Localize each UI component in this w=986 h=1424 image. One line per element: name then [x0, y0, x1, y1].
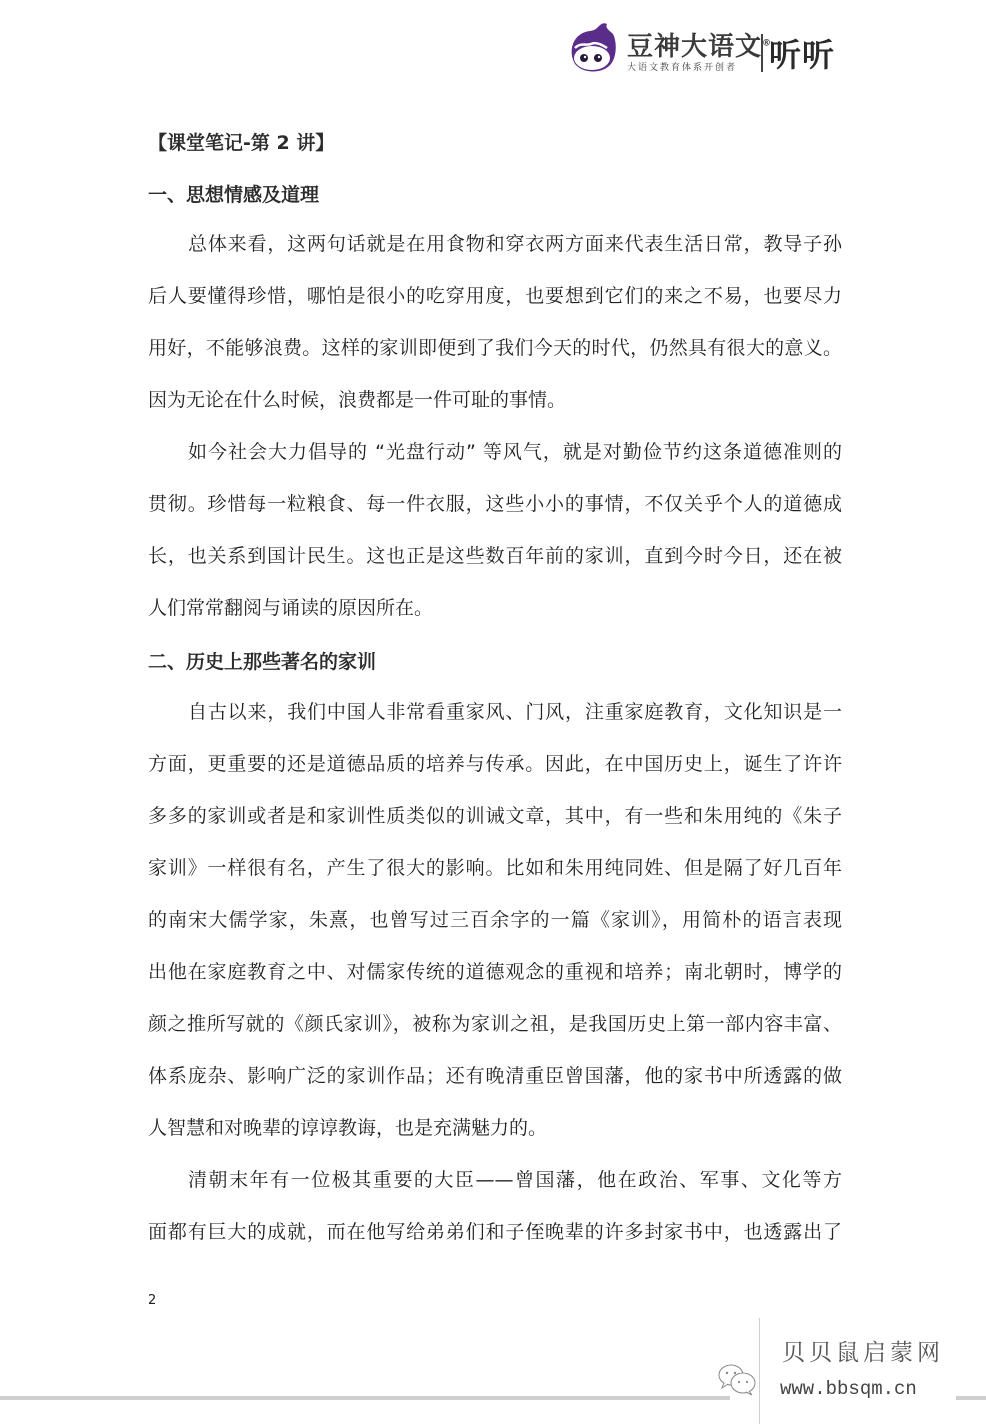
- paragraph-line: 用好，不能够浪费。这样的家训即便到了我们今天的时代，仍然具有很大的意义。: [148, 322, 842, 374]
- paragraph-line: 如今社会大力倡导的 “光盘行动” 等风气，就是对勤俭节约这条道德准则的: [148, 426, 842, 478]
- brand-tagline: 大语文教育体系开创者: [627, 60, 737, 73]
- doushen-logo-icon: [567, 20, 617, 74]
- paragraph-line: 面都有巨大的成就，而在他写给弟弟们和子侄晚辈的许多封家书中，也透露出了: [148, 1206, 842, 1258]
- section-heading-2: 二、历史上那些著名的家训: [148, 647, 376, 674]
- sub-brand: 听听: [769, 30, 835, 76]
- paragraph-line: 总体来看，这两句话就是在用食物和穿衣两方面来代表生活日常，教导子孙: [148, 218, 842, 270]
- paragraph-line: 因为无论在什么时候，浪费都是一件可耻的事情。: [148, 374, 842, 426]
- page-title: 【课堂笔记-第 2 讲】: [148, 128, 334, 155]
- paragraph-1: 总体来看，这两句话就是在用食物和穿衣两方面来代表生活日常，教导子孙 后人要懂得珍…: [148, 218, 842, 426]
- brand-divider: [761, 34, 763, 72]
- paragraph-line: 清朝末年有一位极其重要的大臣——曾国藩，他在政治、军事、文化等方: [148, 1154, 842, 1206]
- paragraph-3: 自古以来，我们中国人非常看重家风、门风，注重家庭教育，文化知识是一 方面，更重要…: [148, 686, 842, 1154]
- wechat-icon: [716, 1362, 758, 1398]
- brand-header: 豆神大语文® 大语文教育体系开创者 听听: [563, 18, 863, 80]
- paragraph-line: 自古以来，我们中国人非常看重家风、门风，注重家庭教育，文化知识是一: [148, 686, 842, 738]
- paragraph-line: 的南宋大儒学家，朱熹，也曾写过三百余字的一篇《家训》，用简朴的语言表现: [148, 894, 842, 946]
- paragraph-line: 方面，更重要的还是道德品质的培养与传承。因此，在中国历史上，诞生了许许: [148, 738, 842, 790]
- paragraph-line: 多多的家训或者是和家训性质类似的训诫文章，其中，有一些和朱用纯的《朱子: [148, 790, 842, 842]
- paragraph-4: 清朝末年有一位极其重要的大臣——曾国藩，他在政治、军事、文化等方 面都有巨大的成…: [148, 1154, 842, 1258]
- watermark-panel: 贝贝鼠启蒙网 www.bbsqm.cn: [759, 1318, 956, 1424]
- paragraph-line: 出他在家庭教育之中、对儒家传统的道德观念的重视和培养；南北朝时，博学的: [148, 946, 842, 998]
- watermark-url: www.bbsqm.cn: [780, 1378, 917, 1400]
- paragraph-line: 后人要懂得珍惜，哪怕是很小的吃穿用度，也要想到它们的来之不易，也要尽力: [148, 270, 842, 322]
- paragraph-line: 贯彻。珍惜每一粒粮食、每一件衣服，这些小小的事情，不仅关乎个人的道德成: [148, 478, 842, 530]
- paragraph-line: 颜之推所写就的《颜氏家训》，被称为家训之祖，是我国历史上第一部内容丰富、: [148, 998, 842, 1050]
- paragraph-line: 人们常常翻阅与诵读的原因所在。: [148, 582, 842, 634]
- page-number: 2: [148, 1293, 156, 1308]
- paragraph-line: 长，也关系到国计民生。这也正是这些数百年前的家训，直到今时今日，还在被: [148, 530, 842, 582]
- paragraph-line: 人智慧和对晚辈的谆谆教诲，也是充满魅力的。: [148, 1102, 842, 1154]
- brand-name: 豆神大语文®: [627, 26, 772, 63]
- paragraph-line: 家训》一样很有名，产生了很大的影响。比如和朱用纯同姓、但是隔了好几百年: [148, 842, 842, 894]
- footer-rule: [956, 1396, 986, 1400]
- section-heading-1: 一、思想情感及道理: [148, 180, 319, 207]
- paragraph-line: 体系庞杂、影响广泛的家训作品；还有晚清重臣曾国藩，他的家书中所透露的做: [148, 1050, 842, 1102]
- footer-rule: [0, 1396, 730, 1400]
- watermark-title: 贝贝鼠启蒙网: [782, 1334, 944, 1367]
- paragraph-2: 如今社会大力倡导的 “光盘行动” 等风气，就是对勤俭节约这条道德准则的 贯彻。珍…: [148, 426, 842, 634]
